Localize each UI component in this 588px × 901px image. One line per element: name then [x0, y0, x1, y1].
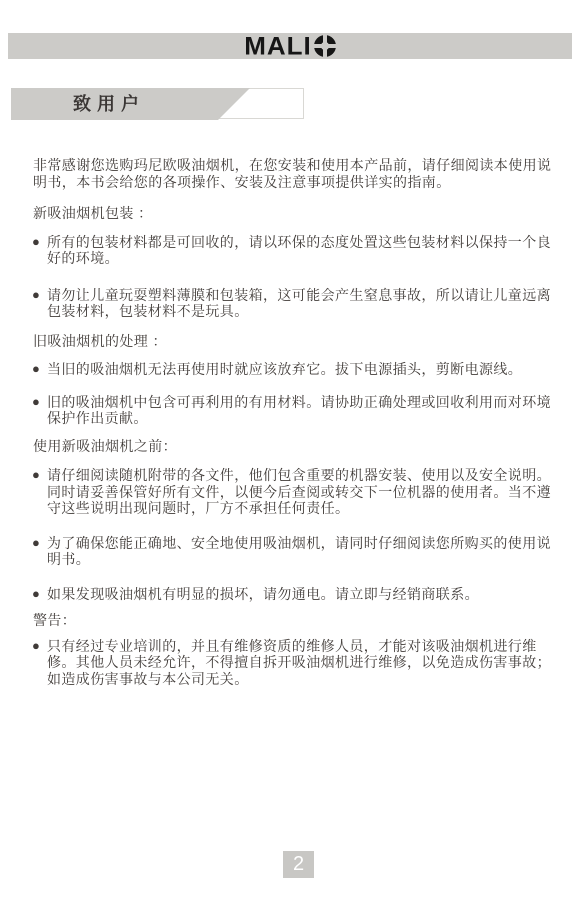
bullet-text: 请仔细阅读随机附带的各文件，他们包含重要的机器安装、使用以及安全说明。同时请妥善… [47, 467, 551, 516]
bullet-icon: ● [32, 361, 40, 378]
bullet-text: 如果发现吸油烟机有明显的损坏，请勿通电。请立即与经销商联系。 [47, 586, 479, 602]
bullet-item: ●当旧的吸油烟机无法再使用时就应该放弃它。拔下电源插头，剪断电源线。 [33, 361, 560, 378]
bullet-text: 为了确保您能正确地、安全地使用吸油烟机，请同时仔细阅读您所购买的使用说明书。 [47, 535, 551, 568]
bullet-text: 当旧的吸油烟机无法再使用时就应该放弃它。拔下电源插头，剪断电源线。 [47, 361, 522, 377]
brand-logo-text: MALI [244, 34, 312, 59]
bullet-icon: ● [32, 638, 40, 655]
brand-logo: MALI [244, 33, 336, 59]
bullet-text: 旧的吸油烟机中包含可再利用的有用材料。请协助正确处理或回收利用而对环境保护作出贡… [47, 394, 551, 427]
page-number-badge: 2 [283, 851, 314, 878]
body-paragraph: 非常感谢您选购玛尼欧吸油烟机，在您安装和使用本产品前，请仔细阅读本使用说明书，本… [33, 157, 560, 190]
bullet-item: ●旧的吸油烟机中包含可再利用的有用材料。请协助正确处理或回收利用而对环境保护作出… [33, 394, 560, 427]
bullet-icon: ● [32, 287, 40, 304]
section-heading: 旧吸油烟机的处理 ： [33, 333, 560, 350]
bullet-text: 请勿让儿童玩耍塑料薄膜和包装箱，这可能会产生窒息事故，所以请让儿童远离包装材料，… [47, 287, 551, 320]
manual-page: MALI 致用户 非常感谢您选购玛尼欧吸油烟机，在您安装和使用本产品前，请仔细阅… [0, 0, 588, 901]
bullet-item: ●为了确保您能正确地、安全地使用吸油烟机，请同时仔细阅读您所购买的使用说明书。 [33, 535, 560, 568]
bullet-item: ●如果发现吸油烟机有明显的损坏，请勿通电。请立即与经销商联系。 [33, 586, 560, 603]
brand-o-ring-icon [314, 35, 336, 57]
bullet-item: ●请仔细阅读随机附带的各文件，他们包含重要的机器安装、使用以及安全说明。同时请妥… [33, 467, 560, 517]
bullet-item: ●请勿让儿童玩耍塑料薄膜和包装箱，这可能会产生窒息事故，所以请让儿童远离包装材料… [33, 287, 560, 320]
bullet-icon: ● [32, 394, 40, 411]
section-heading: 使用新吸油烟机之前： [33, 438, 560, 455]
body-text: 非常感谢您选购玛尼欧吸油烟机，在您安装和使用本产品前，请仔细阅读本使用说明书，本… [33, 157, 560, 687]
bullet-icon: ● [32, 467, 40, 484]
bullet-icon: ● [32, 234, 40, 251]
bullet-text: 所有的包装材料都是可回收的，请以环保的态度处置这些包装材料以保持一个良好的环境。 [47, 234, 551, 267]
bullet-item: ●所有的包装材料都是可回收的，请以环保的态度处置这些包装材料以保持一个良好的环境… [33, 234, 560, 267]
bullet-icon: ● [32, 535, 40, 552]
bullet-icon: ● [32, 586, 40, 603]
bullet-text: 只有经过专业培训的，并且有维修资质的维修人员，才能对该吸油烟机进行维修。其他人员… [47, 638, 551, 687]
section-title: 致用户 [73, 88, 145, 120]
section-heading: 新吸油烟机包装 ： [33, 205, 560, 222]
brand-bar: MALI [8, 33, 572, 59]
section-header: 致用户 [0, 88, 588, 120]
section-heading: 警告： [33, 612, 560, 629]
bullet-item: ●只有经过专业培训的，并且有维修资质的维修人员，才能对该吸油烟机进行维修。其他人… [33, 638, 560, 688]
